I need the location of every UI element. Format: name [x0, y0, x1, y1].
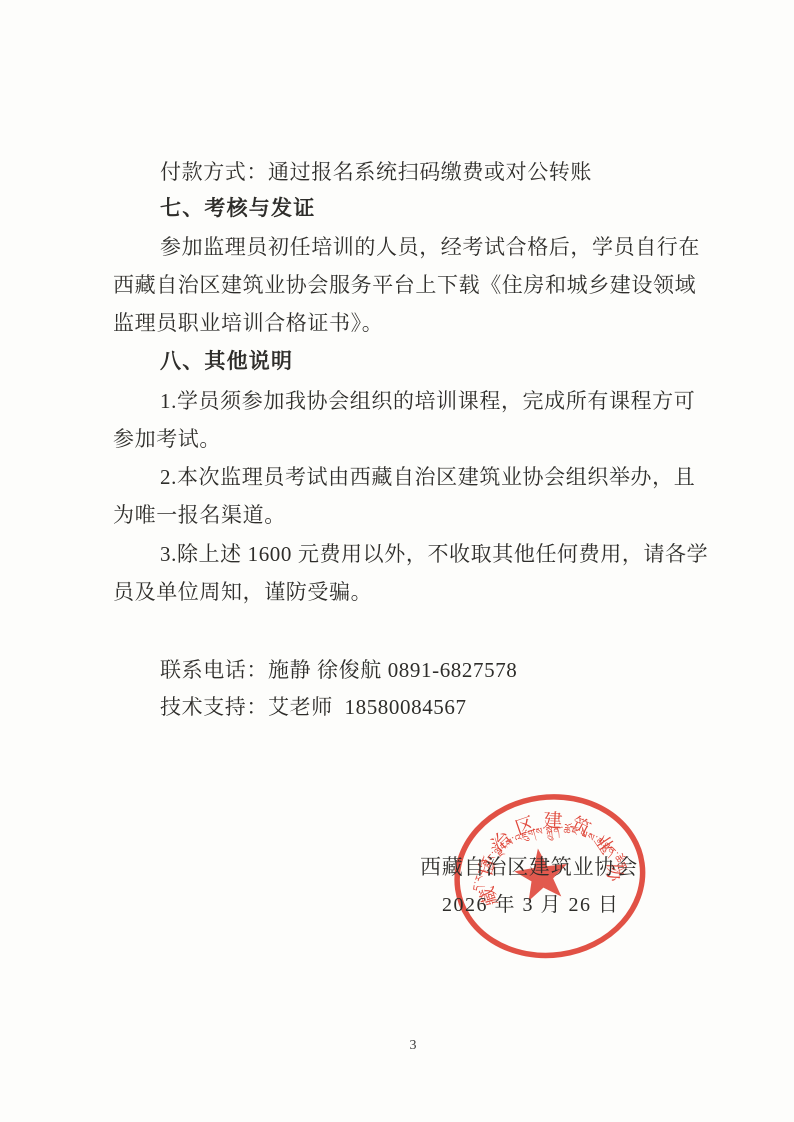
contact-phone-line: 联系电话：施静 徐俊航 0891-6827578 — [160, 658, 517, 682]
section-heading-8: 八、其他说明 — [160, 350, 293, 374]
signature-date: 2026 年 3 月 26 日 — [442, 888, 620, 917]
body-line: 3.除上述 1600 元费用以外，不收取其他任何费用，请各学 — [160, 542, 708, 566]
page-number: 3 — [402, 1038, 424, 1054]
body-line: 付款方式：通过报名系统扫码缴费或对公转账 — [160, 160, 592, 184]
signature-organization: 西藏自治区建筑业协会 — [420, 851, 638, 881]
body-line: 参加监理员初任培训的人员，经考试合格后，学员自行在 — [160, 235, 700, 259]
body-line: 2.本次监理员考试由西藏自治区建筑业协会组织举办，且 — [160, 465, 695, 489]
body-line: 为唯一报名渠道。 — [113, 503, 286, 527]
body-line: 参加考试。 — [113, 427, 221, 451]
body-line: 监理员职业培训合格证书》。 — [113, 311, 383, 335]
section-heading-7: 七、考核与发证 — [160, 197, 315, 221]
document-page: 付款方式：通过报名系统扫码缴费或对公转账 七、考核与发证 参加监理员初任培训的人… — [0, 0, 794, 1122]
body-line: 员及单位周知，谨防受骗。 — [113, 580, 372, 604]
body-line: 西藏自治区建筑业协会服务平台上下载《住房和城乡建设领域 — [113, 273, 696, 297]
tech-support-line: 技术支持：艾老师 18580084567 — [160, 695, 467, 719]
body-line: 1.学员须参加我协会组织的培训课程，完成所有课程方可 — [160, 389, 695, 413]
